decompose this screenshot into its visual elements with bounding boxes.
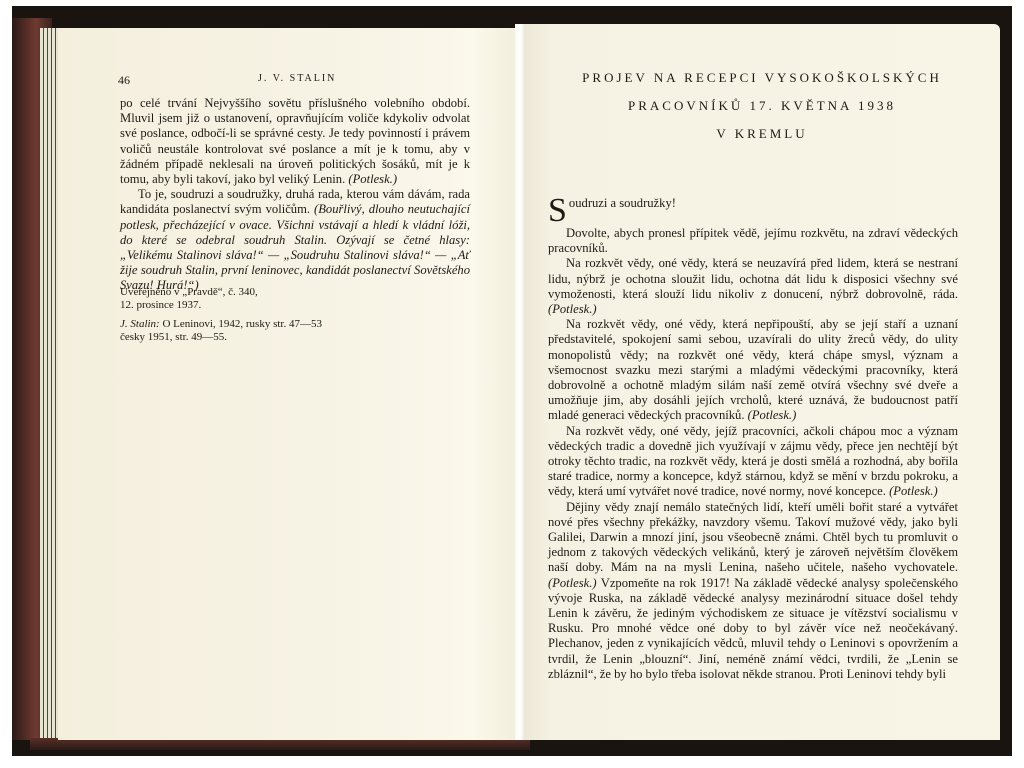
reference-author: J. Stalin: bbox=[120, 318, 160, 330]
paragraph: Na rozkvět vědy, oné vědy, která nepřipo… bbox=[548, 317, 958, 423]
left-body-text: po celé trvání Nejvyššího sovětu přísluš… bbox=[120, 96, 470, 294]
title-line-2: PRACOVNÍKŮ 17. KVĚTNA 1938 bbox=[542, 92, 982, 120]
source-note: Uveřejněno v „Pravdě“, č. 340, 12. prosi… bbox=[120, 286, 370, 344]
right-body-text: Soudruzi a soudružky! Dovolte, abych pro… bbox=[548, 196, 958, 682]
stage-direction: (Potlesk.) bbox=[889, 484, 938, 498]
stage-direction: (Potlesk.) bbox=[548, 576, 597, 590]
salutation: Soudruzi a soudružky! bbox=[548, 196, 958, 211]
right-page: PROJEV NA RECEPCI VYSOKOŠKOLSKÝCH PRACOV… bbox=[524, 24, 1000, 740]
paragraph: Na rozkvět vědy, oné vědy, jejíž pracovn… bbox=[548, 424, 958, 500]
reference-line-2: česky 1951, str. 49—55. bbox=[120, 331, 370, 344]
page-edges bbox=[40, 28, 60, 740]
running-head-title: J. V. STALIN bbox=[258, 73, 336, 84]
stage-direction: (Potlesk.) bbox=[348, 172, 397, 186]
paragraph: To je, soudruzi a soudružky, druhá rada,… bbox=[120, 187, 470, 293]
reference-line: J. Stalin: O Leninovi, 1942, rusky str. … bbox=[120, 318, 370, 331]
paragraph-text: Na rozkvět vědy, oné vědy, která se neuz… bbox=[548, 256, 958, 300]
paragraph: Dovolte, abych pronesl přípitek vědě, je… bbox=[548, 226, 958, 256]
paragraph-text: Dovolte, abych pronesl přípitek vědě, je… bbox=[548, 226, 958, 255]
title-line-3: V KREMLU bbox=[542, 120, 982, 148]
stage-direction: (Potlesk.) bbox=[748, 408, 797, 422]
drop-cap: S bbox=[548, 196, 567, 226]
reference-text: O Leninovi, 1942, rusky str. 47—53 bbox=[160, 318, 322, 330]
left-page: 46 J. V. STALIN po celé trvání Nejvyššíh… bbox=[58, 28, 520, 740]
title-line-1: PROJEV NA RECEPCI VYSOKOŠKOLSKÝCH bbox=[542, 64, 982, 92]
chapter-title: PROJEV NA RECEPCI VYSOKOŠKOLSKÝCH PRACOV… bbox=[542, 64, 982, 148]
paragraph: po celé trvání Nejvyššího sovětu přísluš… bbox=[120, 96, 470, 187]
stage-direction: (Potlesk.) bbox=[548, 302, 597, 316]
paragraph-text: Dějiny vědy znají nemálo statečných lidí… bbox=[548, 500, 958, 575]
published-line: Uveřejněno v „Pravdě“, č. 340, bbox=[120, 286, 370, 299]
paragraph-text: Na rozkvět vědy, oné vědy, která nepřipo… bbox=[548, 317, 958, 422]
paragraph-text: po celé trvání Nejvyššího sovětu přísluš… bbox=[120, 96, 470, 186]
paragraph-text-continued: Vzpomeňte na rok 1917! Na základě vědeck… bbox=[548, 576, 958, 681]
page-number: 46 bbox=[118, 73, 130, 88]
salutation-text: oudruzi a soudružky! bbox=[569, 196, 676, 210]
paragraph: Dějiny vědy znají nemálo statečných lidí… bbox=[548, 500, 958, 682]
published-date: 12. prosince 1937. bbox=[120, 299, 370, 312]
paragraph: Na rozkvět vědy, oné vědy, která se neuz… bbox=[548, 256, 958, 317]
